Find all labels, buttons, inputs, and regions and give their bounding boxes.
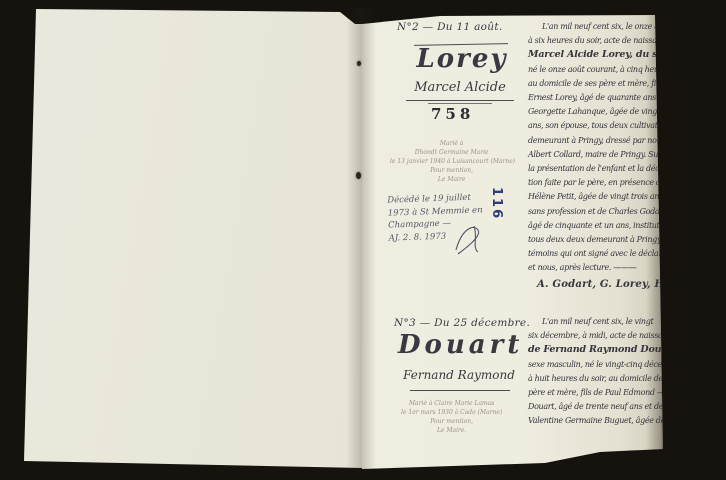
body-line: L'an mil neuf cent six, le onze août: [528, 20, 678, 34]
act1-surname: Lorey: [406, 44, 518, 74]
act2-margin-header: N°3 — Du 25 décembre.: [394, 317, 530, 329]
mention-line: Le Maire: [390, 175, 513, 184]
act1-given-names: Marcel Alcide: [396, 80, 524, 95]
mention-line: Marié à: [390, 139, 513, 148]
act1-signatures: A. Godart, G. Lorey, H. Petit: [537, 278, 699, 290]
mention-line: Pour mention,: [390, 417, 513, 426]
act1-rule-under-names-2: [428, 103, 492, 104]
act1-number: 758: [431, 105, 474, 123]
body-line: Marcel Alcide Lorey, du sexe masculin,: [528, 48, 678, 62]
body-line: Albert Collard, maire de Pringy. Sur: [528, 148, 678, 162]
body-line: L'an mil neuf cent six, le vingt: [528, 315, 678, 329]
act1-margin-header: N°2 — Du 11 août.: [397, 21, 503, 33]
paraph-flourish: [448, 222, 488, 256]
mention-line: le 1er mars 1930 à Cado (Marne): [390, 408, 513, 417]
body-line: la présentation de l'enfant et la déclar…: [528, 162, 678, 176]
act1-marriage-mention: Marié àDhondt Germaine Mariele 13 janvie…: [390, 139, 513, 184]
binding-hole-top: [357, 61, 361, 66]
body-line: sans profession et de Charles Godart: [528, 205, 678, 219]
mention-line: Le Maire.: [390, 426, 513, 435]
body-line: Hélène Petit, âgée de vingt trois ans, —: [528, 190, 678, 204]
body-line: à huit heures du soir, au domicile de se…: [528, 372, 678, 386]
folio-number-stamp: 116: [489, 187, 504, 220]
body-line: tion faite par le père, en présence de: [528, 176, 678, 190]
body-line: né le onze août courant, à cinq heures d…: [528, 63, 678, 77]
act2-surname: Douart: [398, 330, 522, 360]
body-line: Valentine Germaine Buguet, âgée de: [528, 414, 678, 428]
scanned-register-spread: N°2 — Du 11 août. Lorey Marcel Alcide 75…: [0, 0, 726, 480]
mention-line: le 13 janvier 1940 à Luisancourt (Marne): [390, 157, 513, 166]
body-line: sexe masculin, né le vingt-cinq décembre: [528, 358, 678, 372]
act1-body-text: L'an mil neuf cent six, le onze aoûtà si…: [528, 20, 678, 276]
body-line: âgé de cinquante et un ans, instituteurs: [528, 219, 678, 233]
act2-rule-under-names: [410, 390, 510, 391]
mention-line: Marié à Claire Marie Lamas: [390, 399, 513, 408]
mention-line: Pour mention,: [390, 166, 513, 175]
body-line: ans, son épouse, tous deux cultivateurs …: [528, 119, 678, 133]
body-line: six décembre, à midi, acte de naissance: [528, 329, 678, 343]
mention-line: Dhondt Germaine Marie: [390, 148, 513, 157]
act2-given-names: Fernand Raymond: [394, 368, 524, 382]
body-line: Douart, âgé de trente neuf ans et de: [528, 400, 678, 414]
act2-marriage-mention: Marié à Claire Marie Lamasle 1er mars 19…: [390, 399, 513, 435]
body-line: témoins qui ont signé avec le déclarant: [528, 247, 678, 261]
body-line: de Fernand Raymond Douart, du: [528, 343, 678, 357]
body-line: au domicile de ses père et mère, fils de…: [528, 77, 678, 91]
body-line: tous deux deux demeurant à Pringy —: [528, 233, 678, 247]
binding-hole-middle: [356, 172, 361, 179]
body-line: demeurant à Pringy, dressé par nous: [528, 134, 678, 148]
act1-rule-under-names: [406, 100, 514, 101]
body-line: Georgette Lahanque, âgée de vingt et un: [528, 105, 678, 119]
body-line: et nous, après lecture. ———: [528, 261, 678, 275]
body-line: père et mère, fils de Paul Edmond —: [528, 386, 678, 400]
act2-body-text: L'an mil neuf cent six, le vingtsix déce…: [528, 315, 678, 429]
body-line: à six heures du soir, acte de naissance …: [528, 34, 678, 48]
body-line: Ernest Lorey, âgé de quarante ans, et de: [528, 91, 678, 105]
